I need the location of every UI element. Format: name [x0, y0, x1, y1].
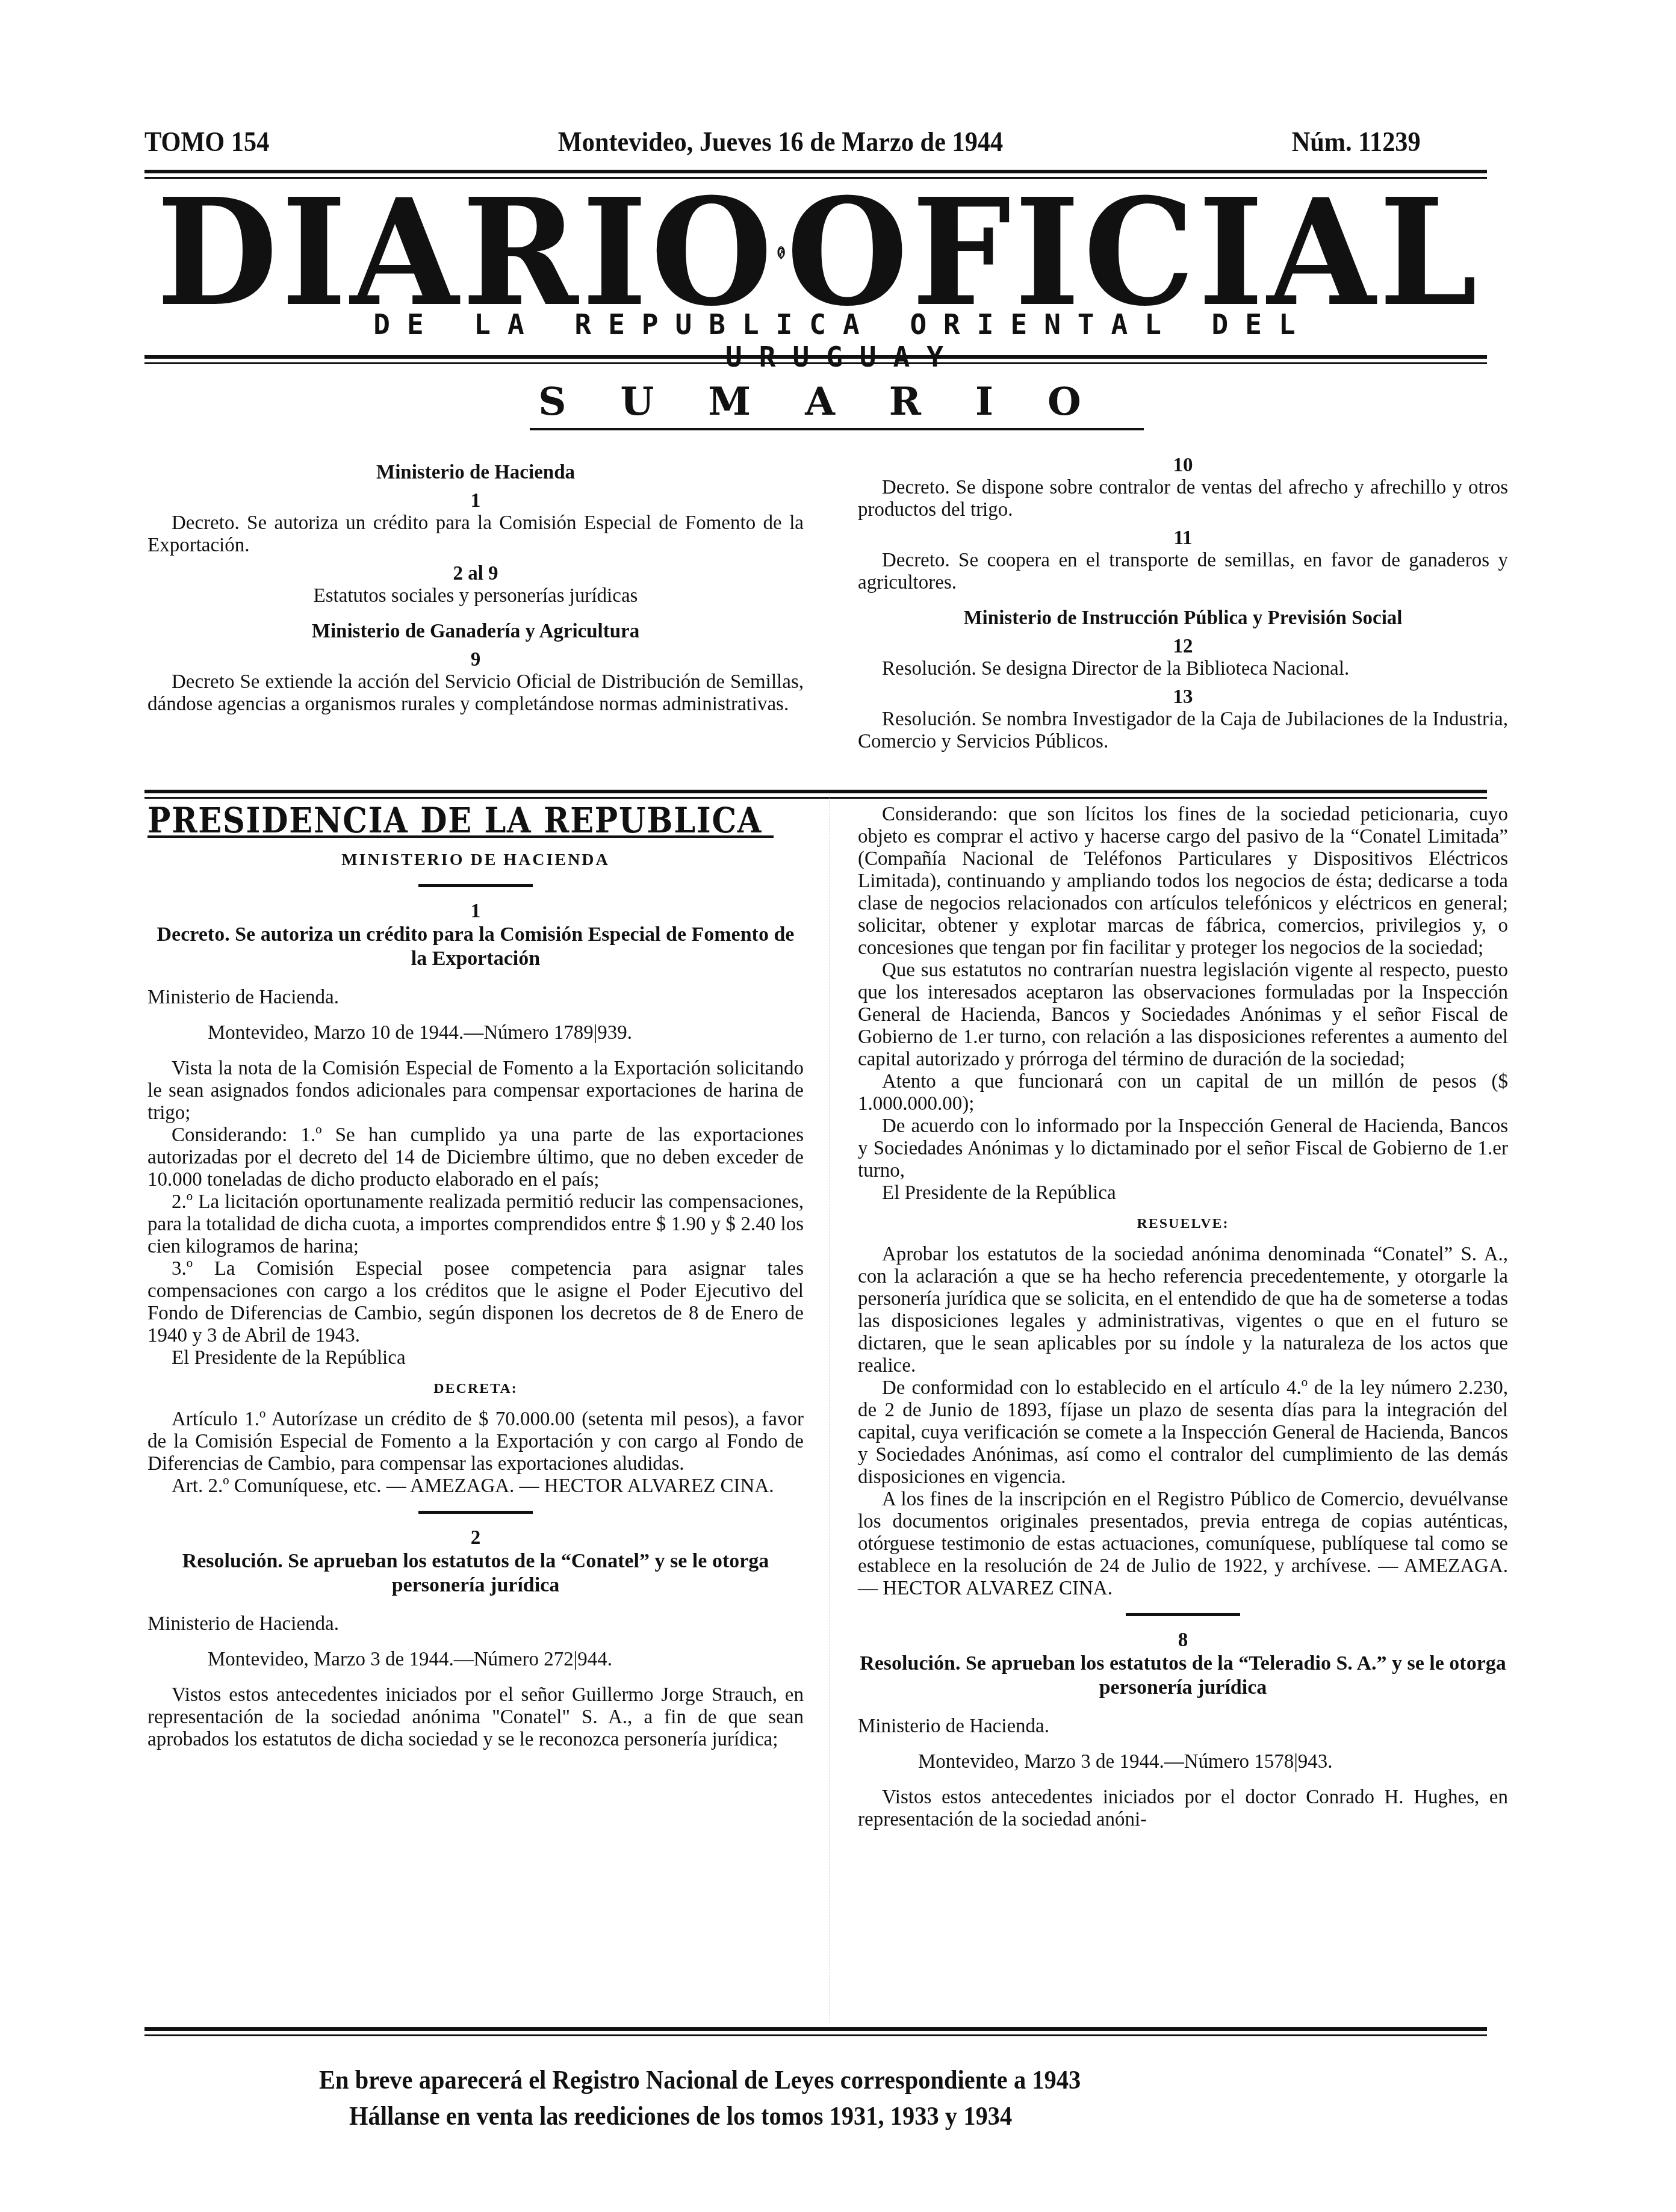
- short-rule: [418, 1511, 533, 1514]
- short-rule: [1126, 1613, 1240, 1616]
- summary-entry: Estatutos sociales y personerías jurídic…: [147, 585, 804, 607]
- volume-label: TOMO 154: [144, 126, 269, 158]
- entry-number: 12: [858, 636, 1508, 658]
- ministry-heading: Ministerio de Instrucción Pública y Prev…: [858, 607, 1508, 630]
- paragraph: Aprobar los estatutos de la sociedad anó…: [858, 1244, 1508, 1377]
- summary-entry: Decreto. Se coopera en el transporte de …: [858, 550, 1508, 594]
- entry-number: 8: [858, 1629, 1508, 1652]
- footer-rule: [144, 2027, 1487, 2036]
- paragraph: 3.º La Comisión Especial posee competenc…: [147, 1258, 804, 1347]
- ministry-line: Ministerio de Hacienda.: [147, 987, 804, 1009]
- entry-number: 1: [147, 490, 804, 512]
- masthead-title-right: OFICIAL: [786, 179, 1481, 326]
- paragraph: A los fines de la inscripción en el Regi…: [858, 1489, 1508, 1600]
- act-dateline: Montevideo, Marzo 3 de 1944.—Número 272|…: [147, 1649, 804, 1671]
- paragraph: De acuerdo con lo informado por la Inspe…: [858, 1115, 1508, 1182]
- masthead-topline: TOMO 154 Montevideo, Jueves 16 de Marzo …: [144, 123, 1421, 160]
- ministry-heading: Ministerio de Hacienda: [147, 462, 804, 484]
- summary-entry: Resolución. Se designa Director de la Bi…: [858, 658, 1508, 680]
- entry-number: 10: [858, 454, 1508, 477]
- ministry-heading: MINISTERIO DE HACIENDA: [147, 849, 804, 871]
- sumario-left-column: Ministerio de Hacienda1Decreto. Se autor…: [147, 448, 804, 716]
- sumario-title: SUMARIO: [530, 379, 1144, 430]
- paragraph: Vista la nota de la Comisión Especial de…: [147, 1058, 804, 1124]
- act-heading: Resolución. Se aprueban los estatutos de…: [147, 1549, 804, 1597]
- paragraph: Atento a que funcionará con un capital d…: [858, 1071, 1508, 1115]
- paragraph: El Presidente de la República: [858, 1182, 1508, 1204]
- decree-label: RESUELVE:: [858, 1213, 1508, 1235]
- summary-entry: Decreto Se extiende la acción del Servic…: [147, 671, 804, 716]
- section-title: PRESIDENCIA DE LA REPUBLICA: [147, 810, 725, 832]
- entry-number: 9: [147, 649, 804, 671]
- entry-number: 2: [147, 1527, 804, 1549]
- masthead-rule-bottom: [144, 355, 1487, 364]
- paragraph: Vistos estos antecedentes iniciados por …: [147, 1684, 804, 1751]
- short-rule: [418, 884, 533, 887]
- paragraph: Art. 2.º Comuníquese, etc. — AMEZAGA. — …: [147, 1475, 804, 1498]
- footer-notice-registro: En breve aparecerá el Registro Nacional …: [319, 2065, 1316, 2095]
- ministry-heading: Ministerio de Ganadería y Agricultura: [147, 621, 804, 643]
- decree-label: DECRETA:: [147, 1378, 804, 1400]
- masthead: DIARIO OFICIAL: [157, 184, 1481, 322]
- paragraph: Que sus estatutos no contrarían nuestra …: [858, 959, 1508, 1071]
- coat-of-arms-icon: [776, 193, 786, 313]
- summary-entry: Resolución. Se nombra Investigador de la…: [858, 708, 1508, 753]
- body-left-content: 1Decreto. Se autoriza un crédito para la…: [147, 900, 804, 1751]
- paragraph: Artículo 1.º Autorízase un crédito de $ …: [147, 1408, 804, 1475]
- paragraph: Considerando: 1.º Se han cumplido ya una…: [147, 1124, 804, 1191]
- column-divider: [830, 795, 831, 2022]
- paragraph: El Presidente de la República: [147, 1347, 804, 1369]
- sumario-right-column: 10Decreto. Se dispone sobre contralor de…: [858, 448, 1508, 753]
- dateline: Montevideo, Jueves 16 de Marzo de 1944: [558, 126, 1003, 158]
- summary-entry: Decreto. Se autoriza un crédito para la …: [147, 512, 804, 557]
- act-dateline: Montevideo, Marzo 10 de 1944.—Número 178…: [147, 1022, 804, 1044]
- masthead-title-left: DIARIO: [157, 179, 776, 326]
- paragraph: 2.º La licitación oportunamente realizad…: [147, 1191, 804, 1258]
- ministry-line: Ministerio de Hacienda.: [147, 1613, 804, 1635]
- ministry-line: Ministerio de Hacienda.: [858, 1715, 1508, 1738]
- entry-number: 11: [858, 527, 1508, 550]
- entry-number: 13: [858, 686, 1508, 708]
- section-divider-rule: [144, 790, 1487, 799]
- entry-number: 1: [147, 900, 804, 923]
- entry-number: 2 al 9: [147, 563, 804, 585]
- act-heading: Decreto. Se autoriza un crédito para la …: [147, 923, 804, 971]
- paragraph: Considerando: que son lícitos los fines …: [858, 804, 1508, 959]
- footer-notice-reediciones: Hállanse en venta las reediciones de los…: [349, 2101, 1346, 2131]
- paragraph: Vistos estos antecedentes iniciados por …: [858, 1786, 1508, 1831]
- body-right-column: Considerando: que son lícitos los fines …: [858, 804, 1508, 1831]
- summary-entry: Decreto. Se dispone sobre contralor de v…: [858, 477, 1508, 521]
- body-left-column: PRESIDENCIA DE LA REPUBLICA MINISTERIO D…: [147, 804, 804, 1751]
- paragraph: De conformidad con lo establecido en el …: [858, 1377, 1508, 1489]
- act-heading: Resolución. Se aprueban los estatutos de…: [858, 1652, 1508, 1700]
- issue-number: Núm. 11239: [1292, 126, 1421, 158]
- act-dateline: Montevideo, Marzo 3 de 1944.—Número 1578…: [858, 1751, 1508, 1773]
